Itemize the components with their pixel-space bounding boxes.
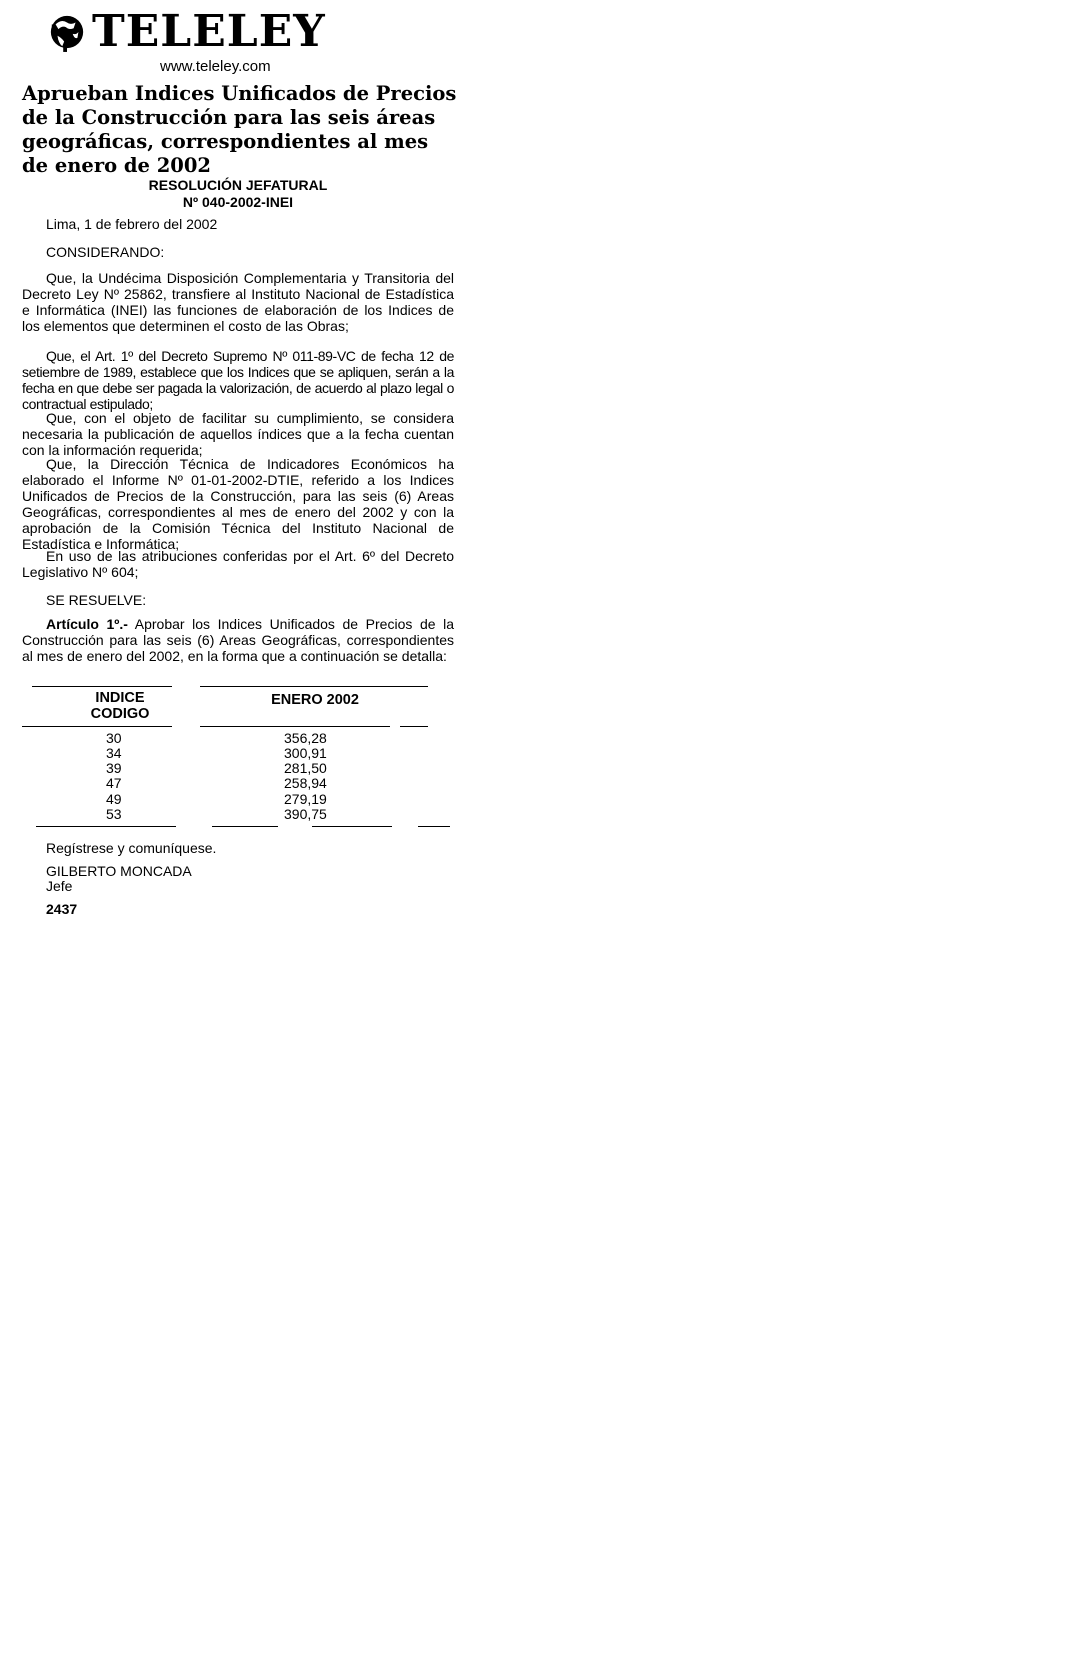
table-cell-codigo: 53 (106, 806, 122, 822)
date-line: Lima, 1 de febrero del 2002 (46, 216, 217, 232)
considerando-paragraph: Que, la Dirección Técnica de Indicadores… (22, 456, 454, 552)
table-cell-valor: 390,75 (284, 806, 327, 822)
resuelve-label: SE RESUELVE: (46, 592, 146, 608)
header-indice: INDICE (60, 690, 180, 706)
teleley-logo: TELELEY (48, 6, 326, 58)
brand-name: TELELEY (92, 10, 326, 54)
table-cell-codigo: 34 (106, 745, 122, 761)
considerando-paragraph: Que, con el objeto de facilitar su cumpl… (22, 410, 454, 458)
document-title: Aprueban Indices Unificados de Precios d… (22, 82, 458, 178)
table-cell-valor: 356,28 (284, 730, 327, 746)
table-rule (212, 826, 278, 827)
considerando-label: CONSIDERANDO: (46, 244, 164, 260)
considerando-paragraph: Que, la Undécima Disposición Complementa… (22, 270, 454, 334)
table-cell-valor: 300,91 (284, 745, 327, 761)
table-cell-valor: 279,19 (284, 791, 327, 807)
articulo-paragraph: Artículo 1º.- Aprobar los Indices Unific… (22, 616, 454, 664)
header-codigo: CODIGO (60, 706, 180, 722)
table-cell-valor: 281,50 (284, 760, 327, 776)
articulo-label: Artículo 1º.- (46, 616, 128, 632)
closing-text: Regístrese y comuníquese. (46, 840, 216, 856)
considerando-paragraph: Que, el Art. 1º del Decreto Supremo Nº 0… (22, 348, 454, 412)
table-rule (418, 826, 450, 827)
considerando-paragraph: En uso de las atribuciones conferidas po… (22, 548, 454, 580)
reference-number: 2437 (46, 901, 77, 917)
table-rule (36, 826, 176, 827)
globe-icon (48, 11, 86, 53)
resolution-type: RESOLUCIÓN JEFATURAL (0, 177, 476, 194)
resolution-number: Nº 040-2002-INEI (0, 194, 476, 211)
site-url: www.teleley.com (160, 58, 271, 75)
table-cell-codigo: 49 (106, 791, 122, 807)
signer-name: GILBERTO MONCADA (46, 863, 192, 879)
table-rule (32, 686, 172, 687)
table-cell-codigo: 39 (106, 760, 122, 776)
table-cell-codigo: 30 (106, 730, 122, 746)
table-rule (200, 686, 428, 687)
table-cell-codigo: 47 (106, 775, 122, 791)
table-rule (400, 726, 428, 727)
table-rule (312, 826, 392, 827)
signer-role: Jefe (46, 878, 72, 894)
table-rule (22, 726, 172, 727)
table-rule (200, 726, 390, 727)
table-cell-valor: 258,94 (284, 775, 327, 791)
header-enero-2002: ENERO 2002 (255, 692, 375, 708)
